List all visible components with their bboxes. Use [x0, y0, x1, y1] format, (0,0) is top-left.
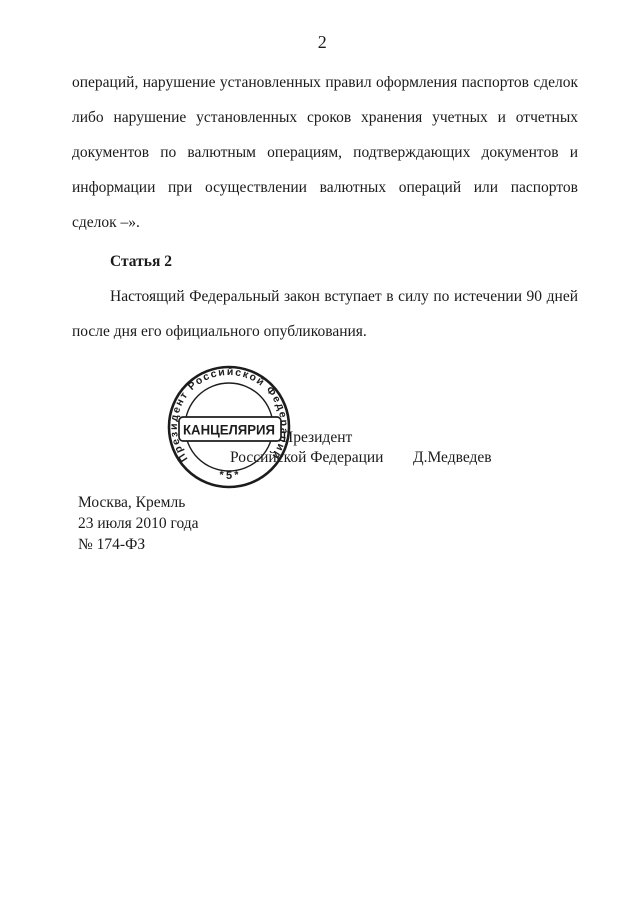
stamp-bottom-text-holder: * 5 *: [218, 469, 240, 482]
footer-number: № 174-ФЗ: [78, 534, 199, 555]
paragraph-line: операций, нарушение установленных правил…: [72, 65, 578, 100]
stamp-bottom-text: * 5 *: [218, 469, 240, 482]
paragraph-line: сделок –».: [72, 205, 578, 240]
article-heading: Статья 2: [72, 244, 578, 279]
paragraph-line: информации при осуществлении валютных оп…: [72, 170, 578, 205]
body-text: операций, нарушение установленных правил…: [72, 65, 578, 349]
footer-date: 23 июля 2010 года: [78, 513, 199, 534]
document-footer: Москва, Кремль 23 июля 2010 года № 174-Ф…: [78, 492, 199, 555]
signature-name: Д.Медведев: [413, 449, 492, 467]
document-page: 2 операций, нарушение установленных прав…: [0, 0, 640, 905]
paragraph-line: Настоящий Федеральный закон вступает в с…: [72, 279, 578, 314]
stamp-center-text: КАНЦЕЛЯРИЯ: [183, 423, 275, 438]
paragraph-line: либо нарушение установленных сроков хран…: [72, 100, 578, 135]
signature-title-line1: Президент: [282, 429, 352, 447]
paragraph-line: документов по валютным операциям, подтве…: [72, 135, 578, 170]
signature-title-line2: Российской Федерации: [230, 449, 383, 467]
chancellery-stamp: Президент Российской Федерации * 5 * КАН…: [167, 365, 291, 489]
footer-place: Москва, Кремль: [78, 492, 199, 513]
paragraph-line: после дня его официального опубликования…: [72, 314, 578, 349]
page-number: 2: [0, 32, 640, 53]
